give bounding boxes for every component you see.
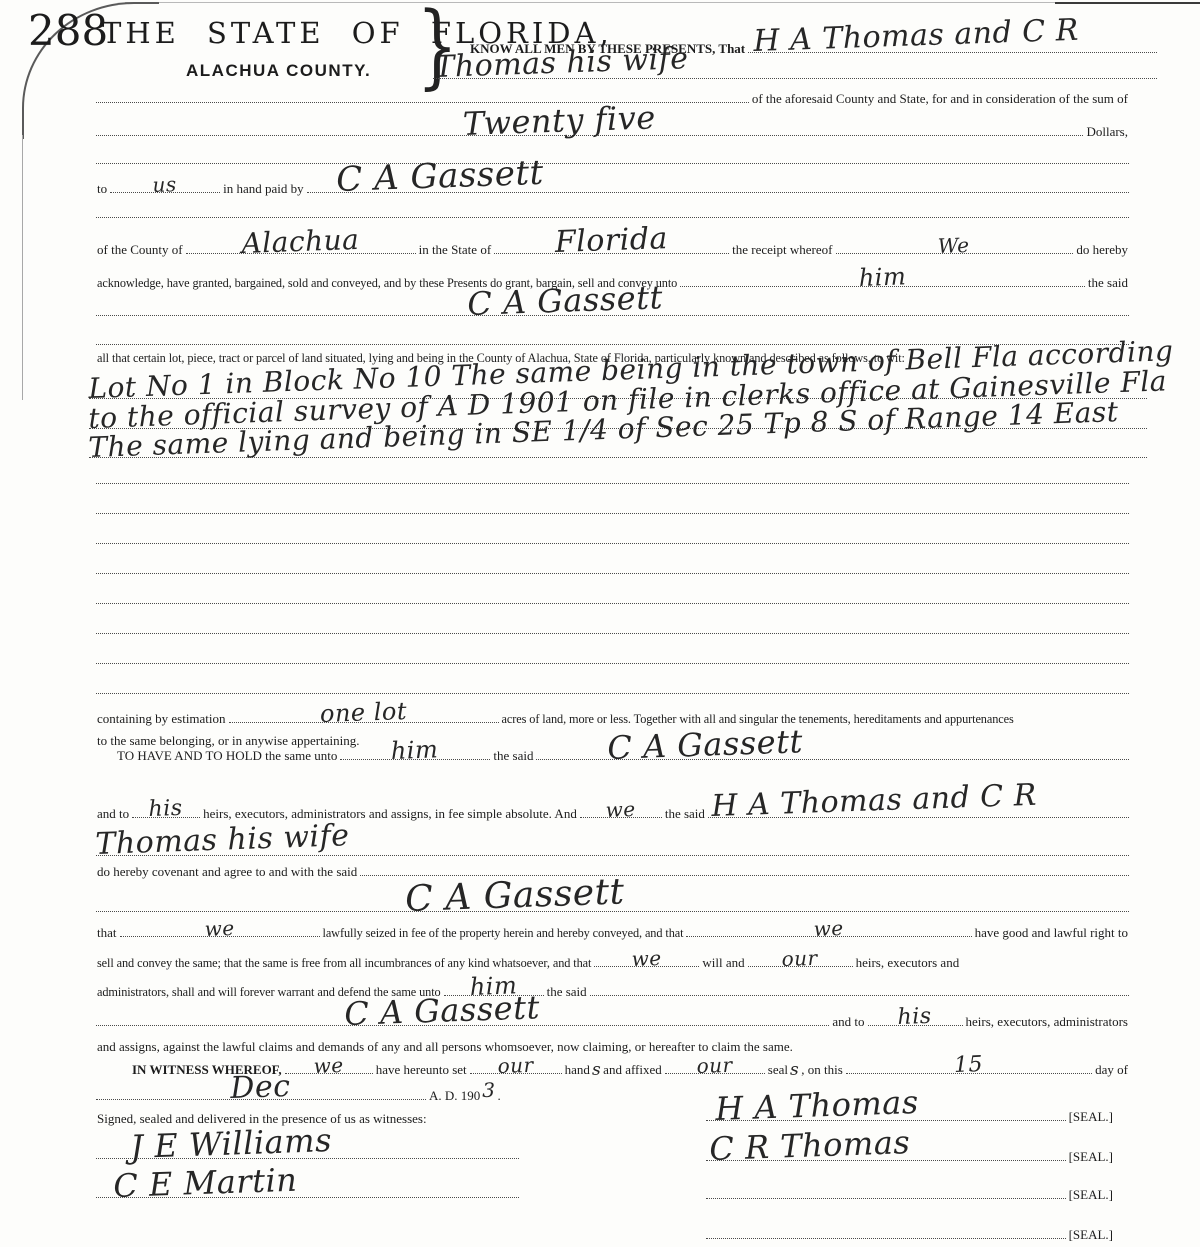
row-blank xyxy=(95,202,1130,222)
the-said-label: the said xyxy=(1086,276,1130,291)
row-blank xyxy=(95,468,1130,488)
heirs2-label: heirs, executors, administrators xyxy=(964,1015,1130,1030)
the-said-label-3: the said xyxy=(663,807,707,822)
on-this-label: , on this xyxy=(799,1063,845,1078)
row-paid-by: to us in hand paid by C A Gassett xyxy=(95,177,1130,197)
dotted-line: we xyxy=(686,935,971,937)
dotted-line: Alachua xyxy=(186,252,416,254)
dotted-line: we xyxy=(580,816,662,818)
in-state-label: in the State of xyxy=(417,243,494,258)
acreage-handwriting: one lot xyxy=(319,697,407,728)
receipt-handwriting: We xyxy=(938,233,971,258)
seal-label: [SEAL.] xyxy=(1067,1150,1115,1165)
party-signature-1: H A Thomas xyxy=(715,1083,920,1128)
amount-handwriting: Twenty five xyxy=(462,98,656,143)
covenant-grantee-handwriting: C A Gassett xyxy=(404,871,625,920)
dotted-line xyxy=(96,662,1129,664)
row-amount: Twenty five Dollars, xyxy=(95,120,1130,140)
dotted-line: C A Gassett xyxy=(96,314,1129,316)
heirs-exec-label: heirs, executors and xyxy=(854,956,962,971)
dotted-line: H A Thomas and C R xyxy=(708,816,1129,818)
party-signature-2: C R Thomas xyxy=(709,1123,911,1168)
row-grantee: C A Gassett xyxy=(95,300,1130,320)
dotted-line: Thomas his wife xyxy=(433,77,1157,79)
row-blank xyxy=(95,528,1130,548)
row-covenant-grantee: C A Gassett xyxy=(95,896,1130,916)
dotted-line: our xyxy=(665,1072,765,1074)
the-said-label-2: the said xyxy=(491,749,535,764)
and-to2-label: and to xyxy=(830,1015,866,1030)
affixed-label: and affixed xyxy=(601,1063,664,1078)
dotted-line xyxy=(96,216,1129,218)
seized-label: lawfully seized in fee of the property h… xyxy=(321,927,686,941)
dotted-line xyxy=(96,602,1129,604)
receipt-label: the receipt whereof xyxy=(730,243,834,258)
witness-signature-2: C E Martin xyxy=(113,1160,298,1204)
row-signature-1: H A Thomas [SEAL.] xyxy=(705,1105,1115,1125)
in-hand-label: in hand paid by xyxy=(221,182,306,197)
row-sell-convey: sell and convey the same; that the same … xyxy=(95,951,1130,971)
witness-we-handwriting: we xyxy=(313,1053,344,1078)
dotted-line: Dec xyxy=(96,1098,426,1100)
to-have-label: TO HAVE AND TO HOLD the same unto xyxy=(115,749,339,764)
row-blank xyxy=(95,618,1130,638)
dotted-line: C A Gassett xyxy=(307,191,1129,193)
dotted-line: C A Gassett xyxy=(536,758,1129,760)
seal-s-handwriting: s xyxy=(790,1060,799,1080)
dotted-line: us xyxy=(110,191,220,193)
will-and-label: will and xyxy=(700,956,746,971)
covenant-grantor-handwriting-2: Thomas his wife xyxy=(95,818,350,862)
and-to-handwriting: his xyxy=(148,796,183,822)
do-hereby-label: do hereby xyxy=(1074,243,1130,258)
seal-label: [SEAL.] xyxy=(1067,1188,1115,1203)
dotted-line: we xyxy=(285,1072,373,1074)
and-to2-handwriting: his xyxy=(897,1004,932,1030)
row-county-state: of the County of Alachua in the State of… xyxy=(95,238,1130,258)
row-witness-1: J E Williams xyxy=(95,1143,520,1163)
deed-document-page: 288 THE STATE OF FLORIDA, ALACHUA COUNTY… xyxy=(0,0,1200,1247)
day-handwriting: 15 xyxy=(954,1052,984,1078)
aforesaid-label: of the aforesaid County and State, for a… xyxy=(750,92,1130,107)
dotted-line: his xyxy=(868,1024,963,1026)
our2-handwriting: our xyxy=(696,1053,733,1078)
row-description-3: The same lying and being in SE 1/4 of Se… xyxy=(88,442,1148,462)
row-grantor-2: Thomas his wife xyxy=(432,63,1158,83)
dotted-line: C A Gassett xyxy=(96,1024,829,1026)
grantor-handwriting-1: H A Thomas and C R xyxy=(753,13,1080,59)
witness-signature-1: J E Williams xyxy=(130,1121,333,1166)
row-blank xyxy=(95,148,1130,168)
seized-handwriting: we xyxy=(813,916,844,941)
dotted-line: H A Thomas and C R xyxy=(748,51,1157,53)
our1-handwriting: our xyxy=(497,1053,534,1078)
to-label: to xyxy=(95,182,109,197)
to-value-handwriting: us xyxy=(152,172,177,197)
to-have-handwriting: him xyxy=(391,735,439,765)
scan-left-edge xyxy=(22,135,23,400)
seal-word-label: seal xyxy=(766,1063,790,1078)
state-handwriting: Florida xyxy=(554,221,668,260)
grantee-handwriting: C A Gassett xyxy=(467,278,664,323)
dotted-line: we xyxy=(120,935,320,937)
and-to-label: and to xyxy=(95,807,131,822)
row-grantor-wife: Thomas his wife xyxy=(95,840,1130,860)
claims-label: and assigns, against the lawful claims a… xyxy=(95,1040,795,1055)
set-label: have hereunto set xyxy=(374,1063,469,1078)
dotted-line xyxy=(706,1197,1066,1199)
seal-label: [SEAL.] xyxy=(1067,1228,1115,1243)
covenant-label: do hereby covenant and agree to and with… xyxy=(95,865,359,880)
dotted-line xyxy=(96,572,1129,574)
dotted-line: our xyxy=(470,1072,562,1074)
row-signature-2: C R Thomas [SEAL.] xyxy=(705,1145,1115,1165)
habendum-grantee-handwriting: C A Gassett xyxy=(606,722,803,767)
dotted-line xyxy=(96,542,1129,544)
will-handwriting: our xyxy=(781,946,818,971)
dotted-line: C A Gassett xyxy=(96,910,1129,912)
dotted-line: our xyxy=(748,965,853,967)
dotted-line xyxy=(96,482,1129,484)
grantor-handwriting-2: Thomas his wife xyxy=(434,41,689,85)
row-blank xyxy=(95,588,1130,608)
sell-handwriting: we xyxy=(631,946,662,971)
dotted-line: Thomas his wife xyxy=(96,854,1129,856)
row-seized: that we lawfully seized in fee of the pr… xyxy=(95,921,1130,941)
dotted-line xyxy=(96,162,1129,164)
scan-top-edge xyxy=(125,2,1200,3)
that-label: that xyxy=(95,926,119,941)
heirs-label: heirs, executors, administrators and ass… xyxy=(201,807,579,822)
dotted-line xyxy=(96,512,1129,514)
hand-label: hand xyxy=(563,1063,592,1078)
month-handwriting: Dec xyxy=(230,1069,291,1106)
dotted-line xyxy=(706,1237,1066,1239)
row-blank xyxy=(95,498,1130,518)
dotted-line xyxy=(96,632,1129,634)
and-we-handwriting: we xyxy=(605,797,636,822)
dotted-line: C E Martin xyxy=(96,1196,519,1198)
ad-label: A. D. 190 xyxy=(427,1089,482,1104)
warrant-said-label: the said xyxy=(545,985,589,1000)
paid-by-handwriting: C A Gassett xyxy=(335,153,544,200)
dotted-line xyxy=(96,692,1129,694)
county-handwriting: Alachua xyxy=(241,223,360,260)
dotted-line: We xyxy=(836,252,1074,254)
dotted-line: we xyxy=(594,965,699,967)
county-title: ALACHUA COUNTY. xyxy=(186,61,371,81)
hand-s-handwriting: s xyxy=(592,1060,601,1080)
row-heirs: and to his heirs, executors, administrat… xyxy=(95,802,1130,822)
seal-label: [SEAL.] xyxy=(1067,1110,1115,1125)
sell-convey-label: sell and convey the same; that the same … xyxy=(95,957,593,971)
dotted-line: C R Thomas xyxy=(706,1159,1066,1161)
row-to-have: TO HAVE AND TO HOLD the same unto him th… xyxy=(115,744,1130,764)
right-to-label: have good and lawful right to xyxy=(973,926,1130,941)
dollars-label: Dollars, xyxy=(1084,125,1130,140)
dotted-line: one lot xyxy=(229,721,499,723)
dotted-line: him xyxy=(340,758,490,760)
row-containing: containing by estimation one lot acres o… xyxy=(95,707,1130,727)
containing-label: containing by estimation xyxy=(95,712,228,727)
that-handwriting: we xyxy=(204,916,235,941)
dotted-line: J E Williams xyxy=(96,1157,519,1159)
row-warrant-grantee: C A Gassett and to his heirs, executors,… xyxy=(95,1010,1130,1030)
day-of-label: day of xyxy=(1093,1063,1130,1078)
dotted-line: Twenty five xyxy=(96,134,1083,136)
year-handwriting: 3 xyxy=(482,1078,495,1102)
row-warrant: administrators, shall and will forever w… xyxy=(95,980,1130,1000)
row-date: Dec A. D. 1903. xyxy=(95,1084,1130,1104)
dotted-line: Florida xyxy=(494,252,729,254)
covenant-grantor-handwriting-1: H A Thomas and C R xyxy=(711,778,1038,824)
dotted-line: 15 xyxy=(846,1072,1092,1074)
dotted-line xyxy=(590,994,1129,996)
dotted-line: H A Thomas xyxy=(706,1119,1066,1121)
scan-top-edge-dark xyxy=(1055,2,1200,4)
dotted-line: The same lying and being in SE 1/4 of Se… xyxy=(89,456,1147,458)
row-witness-2: C E Martin xyxy=(95,1182,520,1202)
warrant-grantee-handwriting: C A Gassett xyxy=(344,988,541,1033)
row-signature-3: [SEAL.] xyxy=(705,1183,1115,1203)
unto-handwriting: him xyxy=(858,262,906,292)
row-blank xyxy=(95,678,1130,698)
dotted-line: his xyxy=(132,816,200,818)
ad-period: . xyxy=(496,1089,503,1104)
row-blank xyxy=(95,648,1130,668)
dotted-line: him xyxy=(680,285,1085,287)
row-blank xyxy=(95,558,1130,578)
page-number: 288 xyxy=(28,6,108,55)
of-county-label: of the County of xyxy=(95,243,185,258)
row-signature-4: [SEAL.] xyxy=(705,1223,1115,1243)
